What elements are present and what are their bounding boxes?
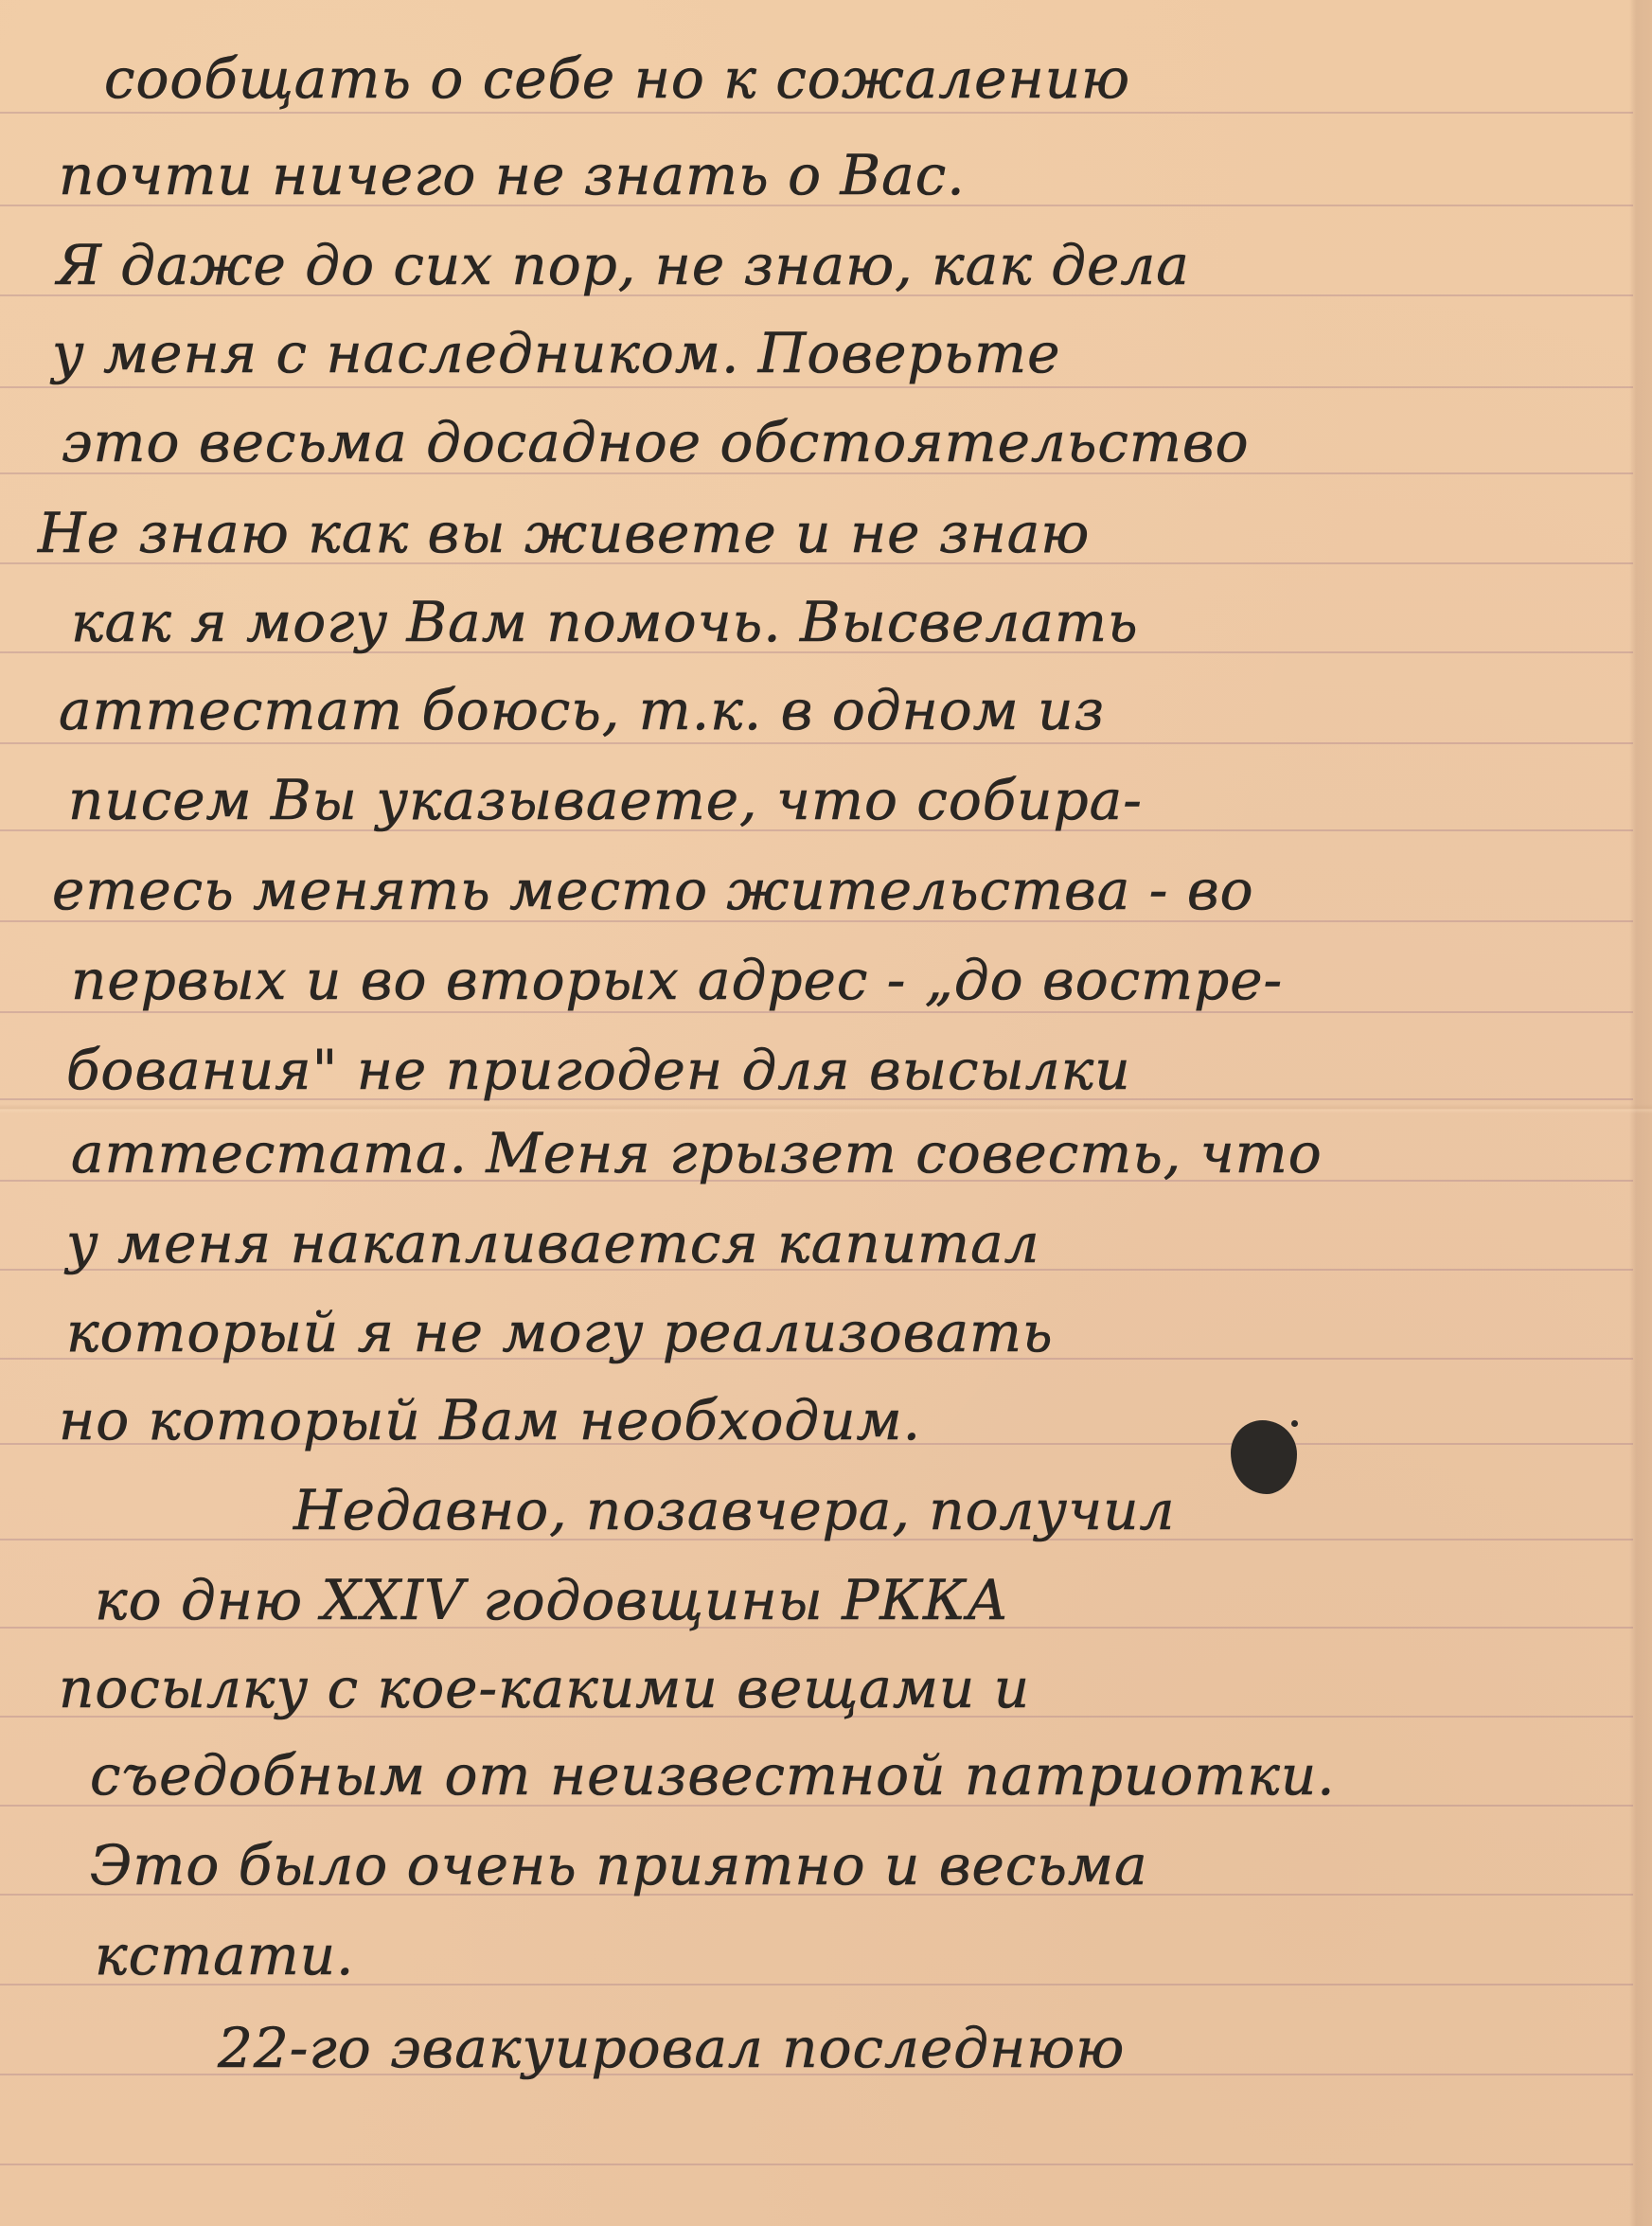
ruled-line (0, 386, 1633, 388)
letter-line-2: почти ничего не знать о Вас. (59, 142, 966, 208)
letter-line-4: у меня с наследником. Поверьте (52, 320, 1060, 386)
ruled-line (0, 2164, 1633, 2165)
letter-line-12: бования" не пригоден для высылки (66, 1037, 1131, 1103)
letter-line-14: у меня накапливается капитал (66, 1210, 1040, 1276)
letter-line-5: это весьма досадное обстоятельство (62, 409, 1250, 475)
letter-line-10: етесь менять место жительства - во (52, 857, 1254, 923)
letter-line-11: первых и во вторых адрес - „до востре- (71, 947, 1283, 1013)
letter-line-8: аттестат боюсь, т.к. в одном из (59, 677, 1105, 743)
letter-line-20: съедобным от неизвестной патриотки. (90, 1742, 1336, 1808)
letter-line-15: который я не могу реализовать (66, 1299, 1054, 1365)
letter-line-9: писем Вы указываете, что собира- (68, 767, 1143, 833)
letter-line-18: ко дню XXIV годовщины РККА (95, 1567, 1009, 1633)
ruled-line (0, 112, 1633, 114)
letter-line-17: Недавно, позавчера, получил (293, 1477, 1175, 1543)
letter-page: сообщать о себе но к сожалению почти нич… (0, 0, 1652, 2226)
letter-line-6: Не знаю как вы живете и не знаю (38, 500, 1090, 566)
letter-line-7: как я могу Вам помочь. Высвелать (71, 589, 1139, 655)
ink-dot (1291, 1420, 1298, 1427)
letter-line-21: Это было очень приятно и весьма (90, 1832, 1148, 1898)
letter-line-23: 22-го эвакуировал последнюю (218, 2015, 1125, 2081)
letter-line-1: сообщать о себе но к сожалению (104, 45, 1130, 112)
letter-line-3: Я даже до сих пор, не знаю, как дела (57, 232, 1190, 298)
ink-blot (1231, 1420, 1297, 1494)
letter-line-13: аттестата. Меня грызет совесть, что (71, 1120, 1323, 1186)
fold-crease (0, 1104, 1652, 1113)
letter-line-22: кстати. (95, 1922, 355, 1988)
letter-line-16: но который Вам необходим. (59, 1387, 921, 1453)
letter-line-19: посылку с кое-какими вещами и (59, 1655, 1030, 1721)
